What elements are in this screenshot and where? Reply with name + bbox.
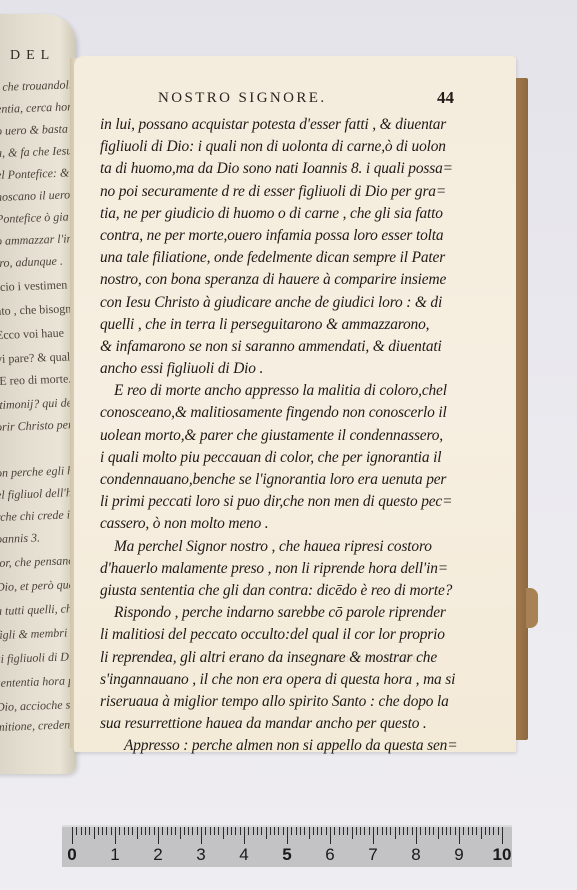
ruler-tick xyxy=(149,827,150,835)
ruler-tick xyxy=(171,827,172,835)
body-text-line: E reo di morte ancho appresso la malitia… xyxy=(100,380,508,402)
ruler-label: 7 xyxy=(368,845,377,865)
ruler-tick xyxy=(321,827,322,835)
left-page-line: :E reo di morte. xyxy=(0,371,72,389)
ruler-label: 2 xyxy=(153,845,162,865)
ruler-tick xyxy=(330,827,331,844)
ruler-tick xyxy=(334,827,335,835)
ruler-tick xyxy=(364,827,365,835)
scale-ruler: 012345678910 xyxy=(62,825,512,867)
left-page-line: vi pare? & qual xyxy=(0,349,71,367)
ruler-tick xyxy=(339,827,340,835)
ruler-tick xyxy=(76,827,77,835)
ruler-tick xyxy=(106,827,107,835)
ruler-tick xyxy=(343,827,344,835)
ruler-tick xyxy=(205,827,206,835)
ruler-tick xyxy=(72,827,73,844)
body-text-line: cassero, ò non molto meno . xyxy=(100,513,508,535)
ruler-tick xyxy=(167,827,168,835)
left-page-line: a tutti quelli, che in xyxy=(0,601,76,619)
ruler-tick xyxy=(403,827,404,835)
ruler-tick xyxy=(175,827,176,835)
ruler-tick xyxy=(377,827,378,835)
ruler-tick xyxy=(283,827,284,835)
ruler-tick xyxy=(317,827,318,835)
left-page-line: tro, adunque . xyxy=(0,254,63,271)
ruler-label: 3 xyxy=(196,845,205,865)
ruler-tick xyxy=(412,827,413,835)
left-page-line: lor, che pensano, che xyxy=(0,552,76,571)
ruler-tick xyxy=(287,827,288,844)
body-text-line: i quali molto piu peccauan di color, che… xyxy=(100,447,508,469)
left-page-line: rcio i vestimen xyxy=(0,278,68,295)
ruler-tick xyxy=(119,827,120,835)
ruler-tick xyxy=(382,827,383,835)
ruler-tick xyxy=(407,827,408,835)
left-page-line: o uero & basta xyxy=(0,121,68,138)
body-text-line: quelli , che in terra li perseguitarono … xyxy=(100,314,508,336)
left-page-line: orir Christo per la xyxy=(0,417,76,435)
ruler-tick xyxy=(399,827,400,835)
ruler-ticks xyxy=(62,827,512,845)
page-edge-tab xyxy=(526,588,538,628)
left-page-line: Dio, accioche si xyxy=(0,697,74,715)
ruler-tick xyxy=(158,827,159,844)
ruler-tick xyxy=(184,827,185,835)
body-text-line: nostro, con bona speranza di hauere à co… xyxy=(100,269,508,291)
ruler-tick xyxy=(429,827,430,835)
ruler-tick xyxy=(352,827,353,839)
ruler-tick xyxy=(231,827,232,835)
left-page-line: mitione, credendo xyxy=(0,717,76,735)
left-page: DEL t che trouandoli sientia, cerca hora… xyxy=(0,14,76,774)
ruler-tick xyxy=(111,827,112,835)
ruler-tick xyxy=(248,827,249,835)
body-text-line: conosceano,& malitiosamente fingendo non… xyxy=(100,402,508,424)
ruler-tick xyxy=(240,827,241,835)
ruler-tick xyxy=(197,827,198,835)
ruler-tick xyxy=(459,827,460,844)
body-text-line: li primi peccati loro si puo dir,che non… xyxy=(100,491,508,513)
left-page-line: Ecco voi haue xyxy=(0,326,64,343)
ruler-tick xyxy=(369,827,370,835)
left-page-line: entia, cerca hora il xyxy=(0,99,76,117)
ruler-tick xyxy=(274,827,275,835)
left-page-line: ato , che bisogn xyxy=(0,301,72,319)
body-text-line: no poi securamente d re di esser figliuo… xyxy=(100,181,508,203)
body-text-line: condennauano,benche se l'ignorantia loro… xyxy=(100,469,508,491)
ruler-tick xyxy=(463,827,464,835)
ruler-label: 1 xyxy=(110,845,119,865)
left-page-line: figli & membri di xyxy=(0,625,76,643)
body-text-line: una tale filiatione, onde fedelmente dic… xyxy=(100,247,508,269)
body-text-line: Appresso : perche almen non si appello d… xyxy=(100,735,508,757)
body-text-line: d'hauerlo malamente preso , non li ripre… xyxy=(100,558,508,580)
ruler-tick xyxy=(433,827,434,835)
body-text-line: giusta sententia che gli dan contra: dic… xyxy=(100,580,508,602)
ruler-label: 9 xyxy=(454,845,463,865)
ruler-tick xyxy=(498,827,499,835)
body-text-line: s'ingannauano , il che non era opera di … xyxy=(100,669,508,691)
ruler-tick xyxy=(128,827,129,835)
ruler-tick xyxy=(347,827,348,835)
ruler-tick xyxy=(386,827,387,835)
left-page-line: o ammazzar l'inno xyxy=(0,231,76,249)
ruler-tick xyxy=(360,827,361,835)
ruler-tick xyxy=(270,827,271,835)
body-text-line: & infamarono se non si saranno ammendati… xyxy=(100,336,508,358)
ruler-tick xyxy=(395,827,396,839)
ruler-tick xyxy=(472,827,473,835)
ruler-tick xyxy=(450,827,451,835)
left-page-line: t che trouandoli si xyxy=(0,77,76,95)
ruler-tick xyxy=(489,827,490,835)
body-text-line: li malitiosi del peccato occulto:del qua… xyxy=(100,624,508,646)
ruler-tick xyxy=(154,827,155,835)
body-text-line: ancho essi figliuoli di Dio . xyxy=(100,358,508,380)
ruler-label: 0 xyxy=(67,845,76,865)
ruler-tick xyxy=(253,827,254,835)
ruler-tick xyxy=(326,827,327,835)
ruler-tick xyxy=(502,827,503,844)
body-text-line: Ma perchel Signor nostro , che hauea rip… xyxy=(100,536,508,558)
ruler-tick xyxy=(468,827,469,835)
ruler-tick xyxy=(85,827,86,835)
ruler-tick xyxy=(141,827,142,835)
ruler-tick xyxy=(235,827,236,835)
ruler-tick xyxy=(244,827,245,844)
ruler-tick xyxy=(481,827,482,839)
ruler-tick xyxy=(485,827,486,835)
ruler-tick xyxy=(192,827,193,835)
body-text-line: sua resurrettione hauea da mandar ancho … xyxy=(100,713,508,735)
ruler-tick xyxy=(425,827,426,835)
left-page-line: Dio, et però questa xyxy=(0,577,76,595)
ruler-tick xyxy=(81,827,82,835)
body-text-line: in lui, possano acquistar potesta d'esse… xyxy=(100,114,508,136)
ruler-tick xyxy=(356,827,357,835)
body-text-line: ta di huomo,ma da Dio sono nati Ioannis … xyxy=(100,158,508,180)
ruler-tick xyxy=(223,827,224,839)
left-page-line: si figliuoli di Dio xyxy=(0,649,76,667)
body-text-line: tia, ne per giudicio di huomo o di carne… xyxy=(100,203,508,225)
ruler-label: 4 xyxy=(239,845,248,865)
ruler-tick xyxy=(420,827,421,835)
ruler-tick xyxy=(227,827,228,835)
body-text-line: Rispondo , perche indarno sarebbe cō par… xyxy=(100,602,508,624)
body-text-line: contra, ne per morte,ouero infamia possa… xyxy=(100,225,508,247)
ruler-tick xyxy=(296,827,297,835)
left-page-line: noscano il uero, & f xyxy=(0,187,76,205)
ruler-tick xyxy=(373,827,374,844)
body-text-line: con Iesu Christo à giudicare anche de gi… xyxy=(100,292,508,314)
ruler-tick xyxy=(278,827,279,835)
ruler-tick xyxy=(145,827,146,835)
ruler-tick xyxy=(455,827,456,835)
ruler-tick xyxy=(442,827,443,835)
left-page-line: Pontefice ò gia p xyxy=(0,209,76,227)
ruler-tick xyxy=(201,827,202,844)
body-text-line: figliuoli di Dio: i quali non di uolonta… xyxy=(100,136,508,158)
ruler-tick xyxy=(291,827,292,835)
ruler-tick xyxy=(94,827,95,839)
ruler-tick xyxy=(132,827,133,835)
body-text-line: riseruaua à miglior tempo allo spirito S… xyxy=(100,691,508,713)
ruler-tick xyxy=(390,827,391,835)
ruler-tick xyxy=(124,827,125,835)
left-page-line: el figliuol dell'huo xyxy=(0,485,76,503)
ruler-tick xyxy=(257,827,258,835)
ruler-tick xyxy=(261,827,262,835)
ruler-tick xyxy=(218,827,219,835)
ruler-tick xyxy=(98,827,99,835)
ruler-tick xyxy=(309,827,310,839)
ruler-label: 8 xyxy=(411,845,420,865)
left-page-line: a, & fa che Iesu xyxy=(0,143,73,161)
ruler-tick xyxy=(214,827,215,835)
left-page-line: rche chi crede in la xyxy=(0,507,76,525)
left-page-line: el Pontefice: & il xyxy=(0,165,76,183)
ruler-tick xyxy=(188,827,189,835)
left-page-line: sententia hora per xyxy=(0,673,76,691)
body-text-line: li reprendea, gli altri erano da insegna… xyxy=(100,647,508,669)
left-page-line: on perche egli ha xyxy=(0,463,76,481)
ruler-label: 6 xyxy=(325,845,334,865)
ruler-tick xyxy=(416,827,417,844)
left-page-line: ltimonij? qui demo xyxy=(0,395,76,413)
ruler-tick xyxy=(89,827,90,835)
ruler-tick xyxy=(115,827,116,844)
ruler-tick xyxy=(162,827,163,835)
page-number: 44 xyxy=(437,88,454,108)
right-page-body-text: in lui, possano acquistar potesta d'esse… xyxy=(100,114,508,757)
left-page-running-head: DEL xyxy=(10,48,55,64)
ruler-tick xyxy=(446,827,447,835)
ruler-tick xyxy=(102,827,103,835)
ruler-label: 5 xyxy=(282,845,291,865)
ruler-label: 10 xyxy=(493,845,512,865)
ruler-tick xyxy=(137,827,138,839)
ruler-tick xyxy=(180,827,181,839)
ruler-tick xyxy=(266,827,267,839)
ruler-tick xyxy=(493,827,494,835)
ruler-tick xyxy=(300,827,301,835)
left-page-line: oannis 3. xyxy=(0,530,40,547)
running-head: NOSTRO SIGNORE. xyxy=(158,90,327,107)
ruler-tick xyxy=(438,827,439,839)
body-text-line: uolean morto,& parer che giustamente il … xyxy=(100,425,508,447)
ruler-tick xyxy=(210,827,211,835)
ruler-tick xyxy=(304,827,305,835)
ruler-tick xyxy=(313,827,314,835)
ruler-tick xyxy=(476,827,477,835)
